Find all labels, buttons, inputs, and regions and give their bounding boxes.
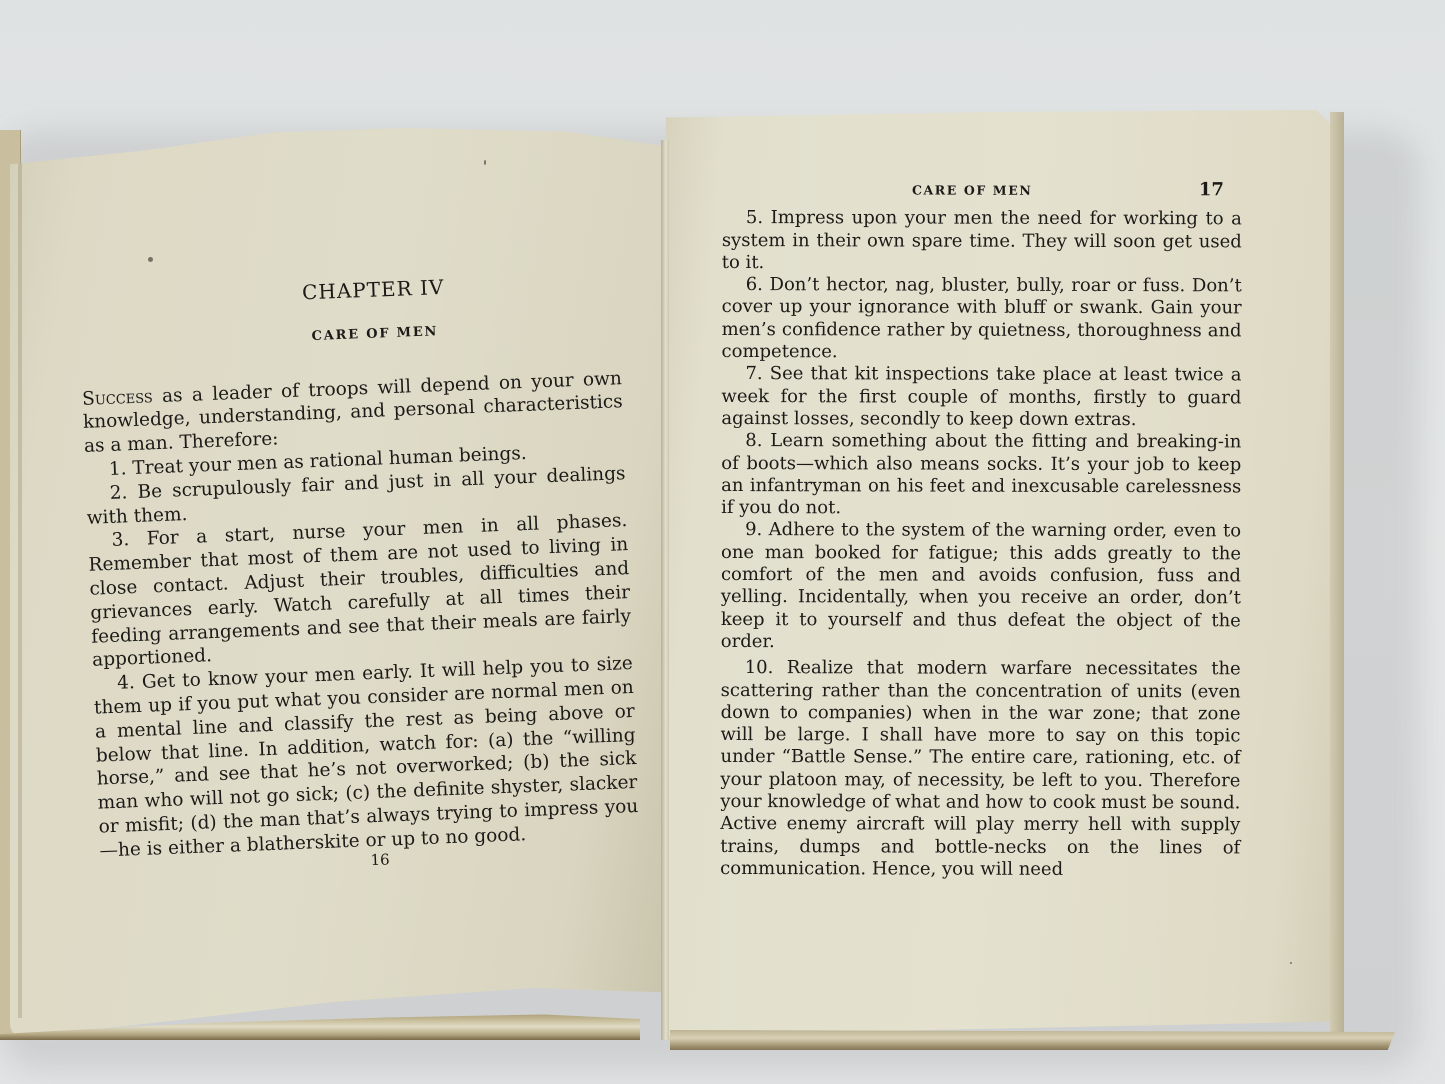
chapter-subtitle: CARE OF MEN: [80, 313, 621, 358]
right-page-text: CARE OF MEN 17 5. Impress upon your men …: [720, 178, 1242, 882]
book-photo: CHAPTER IV CARE OF MEN Success as a lead…: [0, 0, 1445, 1084]
dropcap-word: Success: [82, 386, 153, 410]
list-item-9: 9. Adhere to the system of the warning o…: [721, 519, 1241, 654]
list-item-7: 7. See that kit inspections take place a…: [721, 363, 1241, 431]
list-item-5: 5. Impress upon your men the need for wo…: [722, 207, 1242, 275]
page-number-right: 17: [1199, 179, 1224, 201]
list-item-10: 10. Realize that modern warfare necessit…: [720, 657, 1241, 881]
left-page-text: CHAPTER IV CARE OF MEN Success as a lead…: [78, 269, 640, 883]
list-item-3: 3. For a start, nurse your men in all ph…: [87, 509, 632, 672]
paper-speck: [484, 160, 486, 165]
book-gutter: [661, 140, 669, 1040]
list-item-8: 8. Learn something about the fitting and…: [721, 430, 1241, 521]
paper-speck: [1290, 962, 1292, 964]
running-head: CARE OF MEN 17: [722, 178, 1242, 203]
right-page-fore-edge: [1330, 112, 1344, 1037]
paper-speck: [148, 257, 153, 262]
right-page-block-edge: [670, 1030, 1395, 1050]
list-item-4: 4. Get to know your men early. It will h…: [93, 652, 640, 863]
running-head-title: CARE OF MEN: [912, 179, 1032, 202]
list-item-6: 6. Don’t hector, nag, bluster, bully, ro…: [722, 274, 1242, 365]
